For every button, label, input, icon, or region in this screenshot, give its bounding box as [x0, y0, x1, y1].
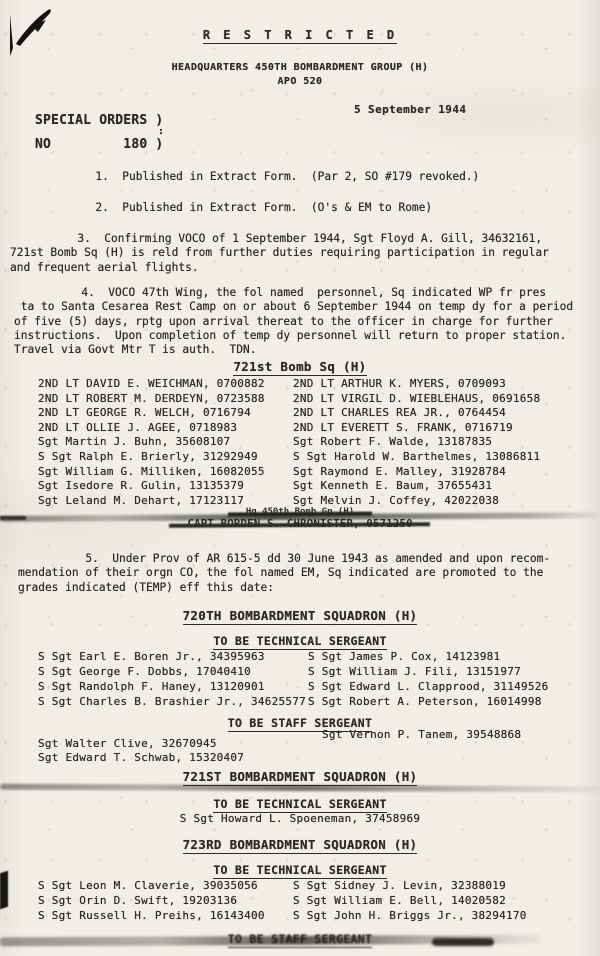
roster-name: S Sgt Edward L. Clapprood, 31149526: [308, 680, 549, 695]
roster-name: 2ND LT ROBERT M. DERDEYN, 0723588: [38, 392, 265, 407]
roster-name: 2ND LT EVERETT S. FRANK, 0716719: [293, 421, 513, 436]
paragraph-5: 5. Under Prov of AR 615-5 dd 30 June 194…: [18, 552, 590, 595]
roster-name: Sgt Martin J. Buhn, 35608107: [38, 435, 230, 450]
paragraph-1: 1. Published in Extract Form. (Par 2, SO…: [28, 170, 583, 184]
roster-name: S Sgt Randolph F. Haney, 13120901: [38, 680, 265, 695]
squadron-723-staff-header: TO BE STAFF SERGEANT: [0, 932, 600, 946]
ink-smear: [432, 938, 494, 946]
roster-name: Sgt Robert F. Walde, 13187835: [293, 435, 492, 450]
scan-edge-mark: [0, 871, 8, 910]
roster-name: S Sgt Howard L. Spoeneman, 37458969: [0, 812, 600, 827]
roster-721-title-text: 721st Bomb Sq (H): [233, 359, 366, 376]
squadron-723-tech-header: TO BE TECHNICAL SERGEANT: [0, 863, 600, 877]
paragraph-2: 2. Published in Extract Form. (O's & EM …: [28, 201, 583, 215]
struck-text: Hq 450th Bomb Gp (H): [246, 507, 354, 517]
order-number-line: NO 180 ): [35, 137, 163, 152]
roster-name: 2ND LT ARTHUR K. MYERS, 0709093: [293, 377, 506, 392]
roster-name: S Sgt Robert A. Peterson, 16014998: [308, 695, 542, 710]
roster-name: S Sgt Russell H. Preihs, 16143400: [38, 909, 265, 924]
roster-name: 2ND LT OLLIE J. AGEE, 0718983: [38, 421, 237, 436]
struck-text: CAPT BORDEN S. CHRONISTER, 0571250: [187, 517, 412, 530]
roster-name: 2ND LT GEORGE R. WELCH, 0716794: [38, 406, 251, 421]
squadron-720-tech-header-text: TO BE TECHNICAL SERGEANT: [213, 634, 386, 650]
roster-name: S Sgt James P. Cox, 14123981: [308, 650, 500, 665]
paragraph-4: 4. VOCO 47th Wing, the fol named personn…: [14, 286, 592, 357]
squadron-721-tech-header: TO BE TECHNICAL SERGEANT: [0, 797, 600, 811]
squadron-723-tech-header-text: TO BE TECHNICAL SERGEANT: [213, 863, 386, 879]
squadron-723-title: 723RD BOMBARDMENT SQUADRON (H): [0, 837, 600, 852]
roster-name: S Sgt John H. Briggs Jr., 38294170: [293, 909, 527, 924]
roster-name: 2ND LT DAVID E. WEICHMAN, 0700882: [38, 377, 265, 392]
scanned-document-page: R E S T R I C T E D HEADQUARTERS 450TH B…: [0, 0, 600, 956]
roster-name: S Sgt Leon M. Claverie, 39035056: [38, 879, 258, 894]
apo-line: APO 520: [0, 76, 600, 87]
roster-721-title: 721st Bomb Sq (H): [0, 359, 600, 374]
roster-name: S Sgt Charles B. Brashier Jr., 34625577: [38, 695, 306, 710]
squadron-720-title-text: 720TH BOMBARDMENT SQUADRON (H): [183, 608, 418, 625]
paragraph-3: 3. Confirming VOCO of 1 September 1944, …: [10, 232, 585, 275]
classification-text: R E S T R I C T E D: [203, 28, 397, 44]
roster-name: S Sgt George F. Dobbs, 17040410: [38, 665, 251, 680]
headquarters-line: HEADQUARTERS 450TH BOMBARDMENT GROUP (H): [0, 62, 600, 73]
roster-name: 2ND LT VIRGIL D. WIEBLEHAUS, 0691658: [293, 392, 540, 407]
special-orders-label: SPECIAL ORDERS ): [35, 113, 163, 128]
roster-name: S Sgt Harold W. Barthelmes, 13086811: [293, 450, 540, 465]
squadron-721-title: 721ST BOMBARDMENT SQUADRON (H): [0, 769, 600, 784]
classification-banner: R E S T R I C T E D: [0, 28, 600, 42]
margin-mark: [0, 516, 26, 520]
squadron-721-title-text: 721ST BOMBARDMENT SQUADRON (H): [183, 769, 418, 786]
roster-name: Sgt Kenneth E. Baum, 37655431: [293, 479, 492, 494]
roster-name: Sgt Walter Clive, 32670945: [38, 737, 217, 752]
roster-name: S Sgt Ralph E. Brierly, 31292949: [38, 450, 258, 465]
roster-name: S Sgt Orin D. Swift, 19203136: [38, 894, 237, 909]
squadron-720-title: 720TH BOMBARDMENT SQUADRON (H): [0, 608, 600, 623]
roster-name: Sgt Edward T. Schwab, 15320407: [38, 751, 244, 766]
roster-name: Sgt Vernon P. Tanem, 39548868: [322, 728, 521, 743]
order-date: 5 September 1944: [354, 103, 466, 116]
special-orders-colon: :: [158, 126, 164, 137]
roster-name: S Sgt Earl E. Boren Jr., 34395963: [38, 650, 265, 665]
roster-name: 2ND LT CHARLES REA JR., 0764454: [293, 406, 506, 421]
struck-line-2: CAPT BORDEN S. CHRONISTER, 0571250: [0, 517, 600, 530]
roster-name: Sgt Raymond E. Malley, 31928784: [293, 465, 506, 480]
roster-name: Sgt Isedore R. Gulin, 13135379: [38, 479, 244, 494]
squadron-721-tech-header-text: TO BE TECHNICAL SERGEANT: [213, 797, 386, 813]
squadron-723-staff-header-text: TO BE STAFF SERGEANT: [228, 932, 372, 948]
struck-line-1: Hq 450th Bomb Gp (H): [0, 507, 600, 517]
squadron-723-title-text: 723RD BOMBARDMENT SQUADRON (H): [183, 837, 418, 854]
roster-name: S Sgt William J. Fili, 13151977: [308, 665, 521, 680]
roster-name: S Sgt William E. Bell, 14020582: [293, 894, 506, 909]
squadron-720-tech-header: TO BE TECHNICAL SERGEANT: [0, 634, 600, 648]
roster-name: S Sgt Sidney J. Levin, 32388019: [293, 879, 506, 894]
roster-name: Sgt William G. Milliken, 16082055: [38, 465, 265, 480]
